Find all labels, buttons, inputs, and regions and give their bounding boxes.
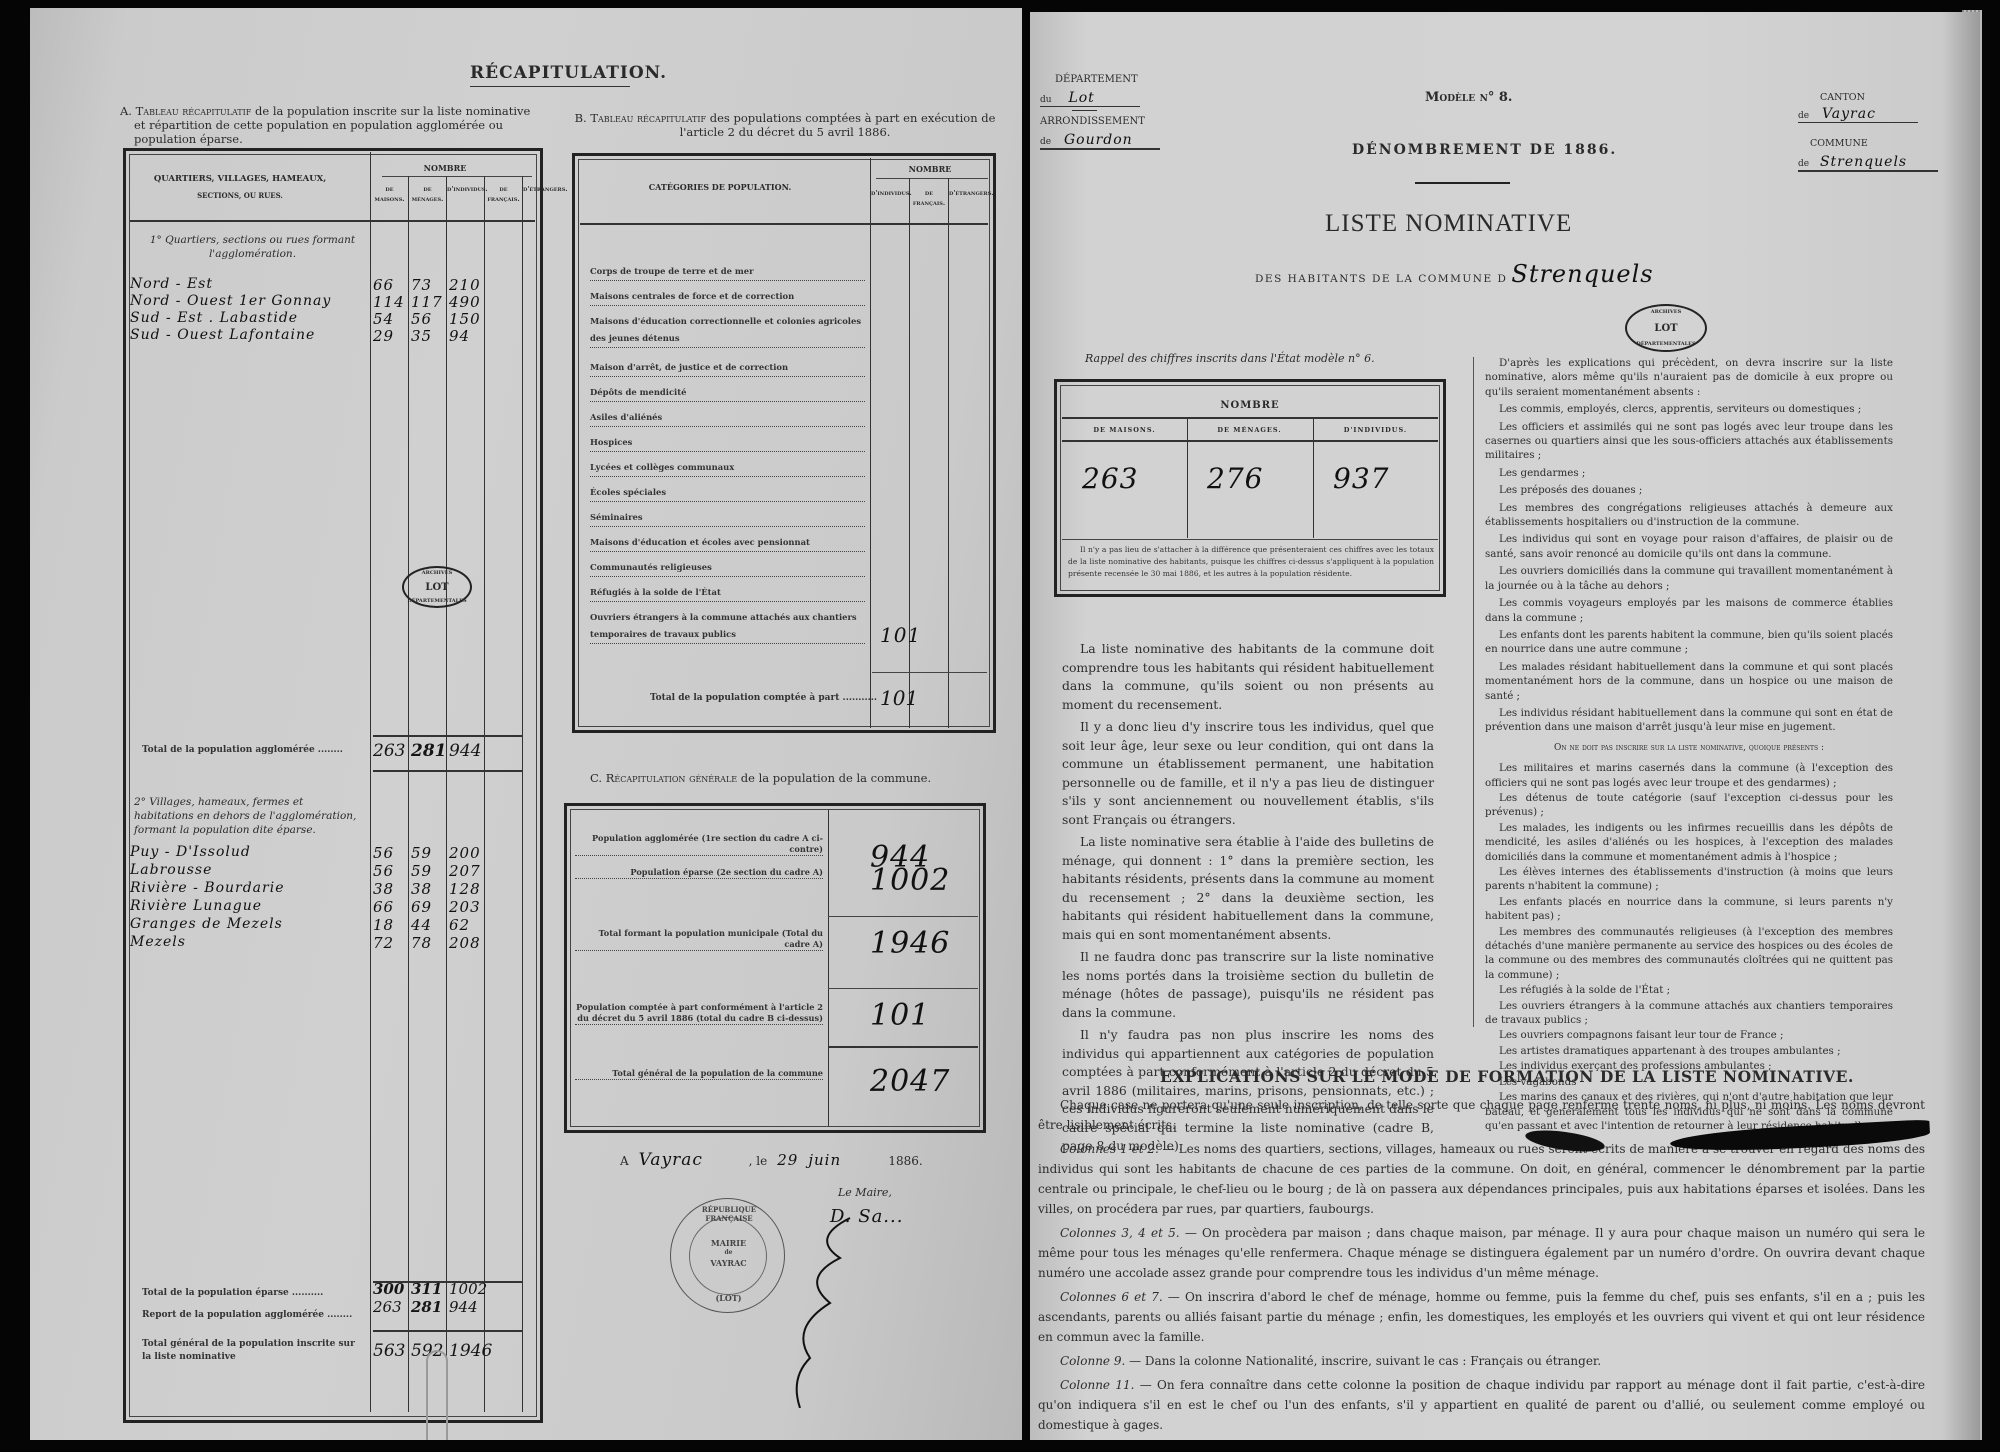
count-individus: 207 <box>449 862 481 880</box>
place-name: Labrousse <box>130 862 370 878</box>
archives-stamp: ARCHIVES LOT DÉPARTEMENTALES <box>402 566 472 608</box>
explication-paragraph: Colonnes 6 et 7. — On inscrira d'abord l… <box>1038 1287 1925 1347</box>
inscribe-item: Les individus qui sont en voyage pour ra… <box>1485 532 1893 561</box>
report-menages: 281 <box>411 1298 442 1316</box>
inscribe-item: Les commis voyageurs employés par les ma… <box>1485 596 1893 625</box>
col-header-4: d'étrangers. <box>523 184 560 194</box>
col-header-1: de ménages. <box>409 184 446 204</box>
col-header-3: de français. <box>485 184 522 204</box>
title-rule <box>1415 182 1510 184</box>
rappel-col-header: D'INDIVIDUS. <box>1313 426 1438 434</box>
total-eparse-menages: 311 <box>411 1280 442 1298</box>
arrondissement-field: de Gourdon <box>1040 132 1160 150</box>
report-label: Report de la population agglomérée .....… <box>142 1310 352 1320</box>
place-name: Mezels <box>130 934 370 950</box>
commune-value: Strenquels <box>1820 154 1907 170</box>
recap-row-label: Population comptée à part conformément à… <box>575 1002 823 1025</box>
col-group-nombre: NOMBRE <box>360 163 530 173</box>
arrondissement-label: ARRONDISSEMENT <box>1040 116 1145 127</box>
rule <box>1072 110 1097 111</box>
rule <box>373 770 523 772</box>
rule <box>373 1330 523 1332</box>
count-menages: 56 <box>411 310 432 328</box>
exclude-item: Les élèves internes des établissements d… <box>1485 865 1893 894</box>
mairie-stamp: RÉPUBLIQUE FRANÇAISE MAIRIE de VAYRAC (L… <box>670 1198 785 1313</box>
count-individus: 200 <box>449 844 481 862</box>
explication-lead: Colonnes 3, 4 et 5. <box>1060 1226 1180 1240</box>
total-agglo-individus: 944 <box>449 741 481 761</box>
total-agglomeree-label: Total de la population agglomérée ......… <box>142 745 343 755</box>
col-header-2: d'individus. <box>447 184 484 194</box>
table-b-total-label: Total de la population comptée à part ..… <box>650 693 877 703</box>
place-name: Nord - Est <box>130 276 370 292</box>
rappel-value: 276 <box>1207 462 1263 495</box>
explication-paragraph: Colonne 11. — On fera connaître dans cet… <box>1038 1375 1925 1435</box>
place-name: Sud - Ouest Lafontaine <box>130 327 370 343</box>
inscribe-item: Les gendarmes ; <box>1485 466 1893 480</box>
category-row: Corps de troupe de terre et de mer <box>590 263 865 281</box>
commune-field: de Strenquels <box>1798 154 1938 172</box>
col-header-b-2: d'étrangers. <box>949 188 987 198</box>
rule <box>1062 417 1438 419</box>
total-agglo-menages: 281 <box>411 741 447 761</box>
table-c-caption: C. Récapitulation générale de la populat… <box>590 771 1000 785</box>
place-name: Puy - D'Issolud <box>130 844 370 860</box>
count-individus: 208 <box>449 934 481 952</box>
count-maisons: 38 <box>373 880 394 898</box>
category-row: Asiles d'aliénés <box>590 409 865 427</box>
place-name: Rivière - Bourdarie <box>130 880 370 896</box>
count-maisons: 66 <box>373 898 394 916</box>
count-menages: 78 <box>411 934 432 952</box>
report-maisons: 263 <box>373 1298 402 1316</box>
rappel-value: 937 <box>1333 462 1389 495</box>
report-individus: 944 <box>449 1298 478 1316</box>
explications-title: EXPLICATIONS SUR LE MODE DE FORMATION DE… <box>1160 1067 1854 1086</box>
rule <box>828 988 978 989</box>
col-divider <box>408 176 409 1412</box>
category-row: Hospices <box>590 434 865 452</box>
table-a-caption: A. Tableau récapitulatif de la populatio… <box>120 104 540 146</box>
exclude-item: Les artistes dramatiques appartenant à d… <box>1485 1044 1893 1058</box>
place-name: Granges de Mezels <box>130 916 370 932</box>
subtitle-commune-value: Strenquels <box>1511 260 1653 288</box>
recap-row-value: 101 <box>870 998 930 1033</box>
table-b-total-value: 101 <box>880 686 918 710</box>
category-row: Ouvriers étrangers à la commune attachés… <box>590 609 865 644</box>
category-row: Maison d'arrêt, de justice et de correct… <box>590 359 865 377</box>
total-general-individus: 1946 <box>449 1341 492 1361</box>
inscribe-item: Les préposés des douanes ; <box>1485 483 1893 497</box>
col-header-b-1: de français. <box>910 188 948 208</box>
explication-lead: Colonnes 1 et 2. <box>1060 1142 1159 1156</box>
explication-lead: Colonne 11. <box>1060 1378 1134 1392</box>
signature-flourish <box>770 1208 890 1408</box>
col-divider <box>1313 418 1314 538</box>
place-name: Nord - Ouest 1er Gonnay <box>130 293 370 309</box>
canton-value: Vayrac <box>1822 106 1876 122</box>
column-divider <box>1473 357 1474 1027</box>
commune-label: COMMUNE <box>1810 138 1868 149</box>
count-menages: 59 <box>411 862 432 880</box>
section1-title: 1° Quartiers, sections ou rues formant l… <box>140 233 365 261</box>
departement-value: Lot <box>1068 90 1094 106</box>
count-menages: 73 <box>411 276 432 294</box>
rule <box>872 672 987 673</box>
day-value: 29 <box>777 1151 798 1169</box>
explication-paragraph: Colonnes 1 et 2. — Les noms des quartier… <box>1038 1139 1925 1219</box>
count-individus: 150 <box>449 310 481 328</box>
rappel-value: 263 <box>1082 462 1138 495</box>
place-value: Vayrac <box>639 1150 739 1170</box>
count-individus: 203 <box>449 898 481 916</box>
place-name: Sud - Est . Labastide <box>130 310 370 326</box>
count-maisons: 72 <box>373 934 394 952</box>
col-divider <box>828 810 829 1126</box>
liste-nominative-title: LISTE NOMINATIVE <box>1325 210 1572 238</box>
category-row: Maisons d'éducation correctionnelle et c… <box>590 313 865 348</box>
rappel-caption: Rappel des chiffres inscrits dans l'État… <box>1085 352 1375 365</box>
modele-number: Modèle n° 8. <box>1425 90 1512 105</box>
place-date-line: A Vayrac , le 29 juin 1886. <box>620 1150 923 1170</box>
col-group-nombre-b: NOMBRE <box>870 164 990 174</box>
count-maisons: 114 <box>373 293 405 311</box>
count-menages: 38 <box>411 880 432 898</box>
instruction-paragraph: La liste nominative des habitants de la … <box>1062 640 1434 714</box>
departement-label: DÉPARTEMENT <box>1055 74 1138 85</box>
recap-row-label: Population agglomérée (1re section du ca… <box>575 833 823 856</box>
count-maisons: 29 <box>373 327 394 345</box>
count-individus: 62 <box>449 916 470 934</box>
inscribe-item: Les membres des congrégations religieuse… <box>1485 501 1893 530</box>
exclude-item: Les réfugiés à la solde de l'État ; <box>1485 983 1893 997</box>
rule <box>876 178 988 179</box>
exclude-item: Les ouvriers compagnons faisant leur tou… <box>1485 1028 1893 1042</box>
category-row: Communautés religieuses <box>590 559 865 577</box>
count-maisons: 56 <box>373 844 394 862</box>
recap-row-label: Total formant la population municipale (… <box>575 928 823 951</box>
category-row: Lycées et collèges communaux <box>590 459 865 477</box>
col-divider <box>1187 418 1188 538</box>
explication-paragraph: Colonne 9. — Dans la colonne Nationalité… <box>1038 1351 1925 1371</box>
count-maisons: 54 <box>373 310 394 328</box>
count-menages: 69 <box>411 898 432 916</box>
instruction-paragraph: Il ne faudra donc pas transcrire sur la … <box>1062 948 1434 1022</box>
category-row: Réfugiés à la solde de l'État <box>590 584 865 602</box>
rappel-col-header: DE MAISONS. <box>1062 426 1187 434</box>
count-menages: 59 <box>411 844 432 862</box>
exclude-item: Les malades, les indigents ou les infirm… <box>1485 821 1893 864</box>
liste-subtitle: DES HABITANTS DE LA COMMUNE DStrenquels <box>1255 260 1654 288</box>
total-general-maisons: 563 <box>373 1341 405 1361</box>
heading-rule <box>470 86 630 87</box>
rappel-note: Il n'y a pas lieu de s'attacher à la dif… <box>1068 544 1434 580</box>
arrondissement-value: Gourdon <box>1064 132 1133 148</box>
canton-label: CANTON <box>1820 92 1865 103</box>
inscribe-item: Les commis, employés, clercs, apprentis,… <box>1485 402 1893 416</box>
count-menages: 35 <box>411 327 432 345</box>
category-row: Séminaires <box>590 509 865 527</box>
count-individus: 210 <box>449 276 481 294</box>
category-value: 101 <box>880 623 921 647</box>
rule <box>580 223 988 225</box>
rule <box>1062 440 1438 442</box>
count-maisons: 66 <box>373 276 394 294</box>
paper-clip <box>426 1350 448 1440</box>
nombre-rule <box>382 176 532 177</box>
canton-field: de Vayrac <box>1798 106 1918 123</box>
exclude-item: Les ouvriers étrangers à la commune atta… <box>1485 999 1893 1028</box>
exclude-item: Les détenus de toute catégorie (sauf l'e… <box>1485 791 1893 820</box>
mayor-label: Le Maire, <box>838 1186 892 1199</box>
rappel-header: NOMBRE <box>1054 400 1446 411</box>
count-individus: 128 <box>449 880 481 898</box>
inscribe-list: Les commis, employés, clercs, apprentis,… <box>1485 402 1893 735</box>
explication-paragraph: Colonnes 3, 4 et 5. — On procèdera par m… <box>1038 1223 1925 1283</box>
col-header-places: QUARTIERS, VILLAGES, HAMEAUX, SECTIONS, … <box>140 166 340 200</box>
instruction-paragraph: La liste nominative sera établie à l'aid… <box>1062 833 1434 944</box>
rule <box>828 916 978 917</box>
col-header-categories: CATÉGORIES DE POPULATION. <box>590 182 850 192</box>
count-menages: 117 <box>411 293 443 311</box>
col-divider <box>484 176 485 1412</box>
total-eparse-maisons: 300 <box>373 1280 404 1298</box>
total-agglo-maisons: 263 <box>373 741 405 761</box>
col-divider <box>522 176 523 1412</box>
recap-row-value: 2047 <box>870 1064 950 1099</box>
recap-row-label: Total général de la population de la com… <box>575 1068 823 1080</box>
category-row: Dépôts de mendicité <box>590 384 865 402</box>
count-individus: 490 <box>449 293 481 311</box>
rule <box>373 735 523 737</box>
header-rule <box>130 220 535 222</box>
col-header-b-0: d'individus. <box>871 188 909 198</box>
inscribe-item: Les malades résidant habituellement dans… <box>1485 660 1893 703</box>
place-name: Rivière Lunague <box>130 898 370 914</box>
total-eparse-label: Total de la population éparse .......... <box>142 1288 323 1298</box>
count-maisons: 18 <box>373 916 394 934</box>
right-instructions: D'après les explications qui précèdent, … <box>1485 356 1893 1134</box>
recap-heading: RÉCAPITULATION. <box>470 63 667 83</box>
category-row: Maisons d'éducation et écoles avec pensi… <box>590 534 865 552</box>
inscribe-item: Les officiers et assimilés qui ne sont p… <box>1485 420 1893 463</box>
col-divider <box>870 158 871 728</box>
count-individus: 94 <box>449 327 470 345</box>
rappel-col-header: DE MÉNAGES. <box>1187 426 1312 434</box>
explication-lead: Colonnes 6 et 7. <box>1060 1290 1163 1304</box>
recap-row-label: Population éparse (2e section du cadre A… <box>575 867 823 879</box>
departement-field: du Lot <box>1040 90 1140 107</box>
inscribe-item: Les individus résidant habituellement da… <box>1485 706 1893 735</box>
inscribe-item: Les enfants dont les parents habitent la… <box>1485 628 1893 657</box>
right-intro: D'après les explications qui précèdent, … <box>1485 356 1893 399</box>
rule <box>1062 539 1438 540</box>
inscribe-item: Les ouvriers domiciliés dans la commune … <box>1485 564 1893 593</box>
right-page: DÉPARTEMENT du Lot ARRONDISSEMENT de Gou… <box>1030 12 1980 1440</box>
archives-stamp: ARCHIVES LOT DÉPARTEMENTALES <box>1625 304 1707 352</box>
col-divider <box>948 178 949 728</box>
section2-title: 2° Villages, hameaux, fermes et habitati… <box>134 795 366 837</box>
col-header-0: de maisons. <box>371 184 408 204</box>
col-divider <box>446 176 447 1412</box>
exclude-title: On ne doit pas inscrire sur la liste nom… <box>1485 741 1893 755</box>
table-b-caption: B. Tableau récapitulatif des populations… <box>570 111 1000 139</box>
instruction-paragraph: Il y a donc lieu d'y inscrire tous les i… <box>1062 718 1434 829</box>
category-row: Écoles spéciales <box>590 484 865 502</box>
explication-lead: Colonne 9. <box>1060 1354 1125 1368</box>
left-page: RÉCAPITULATION. A. Tableau récapitulatif… <box>30 8 1022 1440</box>
rule <box>828 1046 978 1048</box>
col-divider <box>370 152 371 1412</box>
count-maisons: 56 <box>373 862 394 880</box>
exclude-item: Les enfants placés en nourrice dans la c… <box>1485 895 1893 924</box>
category-row: Maisons centrales de force et de correct… <box>590 288 865 306</box>
exclude-item: Les membres des communautés religieuses … <box>1485 925 1893 983</box>
count-menages: 44 <box>411 916 432 934</box>
exclude-item: Les militaires et marins casernés dans l… <box>1485 761 1893 790</box>
month-value: juin <box>808 1151 878 1169</box>
denombrement-title: DÉNOMBREMENT DE 1886. <box>1352 142 1617 158</box>
total-general-label: Total général de la population inscrite … <box>142 1338 362 1364</box>
recap-row-value: 1946 <box>870 926 950 961</box>
recap-row-value: 1002 <box>870 863 950 898</box>
total-eparse-individus: 1002 <box>449 1280 487 1298</box>
